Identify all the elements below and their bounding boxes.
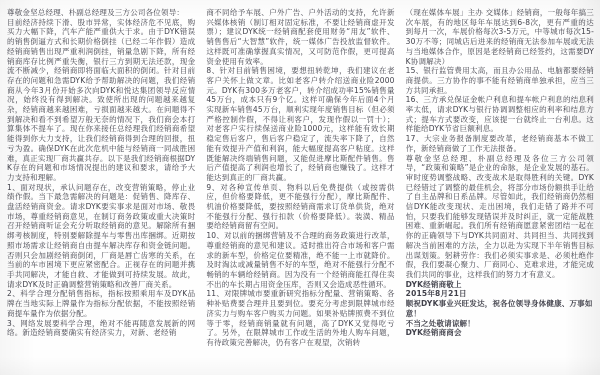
intro-paragraph: 目前经济持续下滑、股市异常，实体经济危不见底，购买力大幅下降，汽车产能严重供大于… — [7, 18, 195, 183]
item-3-continued: 商不同给予车展、户外广告、户外活动的支持，允许新兴媒体核销（制订相对固定标准，不… — [206, 8, 394, 66]
item-11-partial: 11、对限牌城市要重新研究指标分配量、营销策略、各种补贴费要合理并且要到位。要充… — [206, 289, 394, 347]
column-middle: 商不同给予车展、户外广告、户外活动的支持，允许新兴媒体核销（制订相对固定标准，不… — [206, 8, 394, 369]
date-line: 2015年8月21日 — [406, 289, 594, 299]
item-10: 10、对以前的捆绑营销及不合理的商务政策进行改革，尊重经销商的意见和建议。适时推… — [206, 231, 394, 289]
parenthetical-note: （现在媒体车展」主办 交媒体」经销商，一般每年搞三次车展，有的地区每年车展达到6… — [406, 8, 594, 66]
item-2: 2、科学合理分配销售指标，指标按照乘用车及DYK品牌在当地实际上牌量作为指标分配… — [7, 289, 195, 318]
letter-columns: 尊敬金坚总经理、朴副总经理及三方公司各位领导： 目前经济持续下滑、股市异常，实体… — [0, 0, 600, 375]
item-17: 17、大宗业务报备制度要改革，老经销商基本不做工作，新经销商做了工作无法报备。 — [406, 134, 594, 153]
signature-line: DYK经销商敬上 — [406, 280, 594, 290]
scanned-dealer-letter: 尊敬金坚总经理、朴副总经理及三方公司各位领导： 目前经济持续下滑、股市异常，实体… — [0, 0, 600, 375]
sender-line: DYK经销商商会 — [406, 328, 594, 338]
column-left: 尊敬金坚总经理、朴副总经理及三方公司各位领导： 目前经济持续下滑、股市异常，实体… — [7, 8, 195, 369]
column-right: （现在媒体车展」主办 交媒体」经销商，一般每年搞三次车展，有的地区每年车展达到6… — [406, 8, 594, 369]
item-8: 8、针对目前销售困境，要想扭转乾坤，我们建议在老客户关怀上做文章。比如老客户转介… — [206, 66, 394, 182]
item-15: 15、银行监管费用太高，而且办公用品、电脑都要经销商提供。三方协作的事不能有经销… — [406, 66, 594, 95]
closing-paragraph: 尊敬金坚总经理、朴副总经理及各位三方公司领导，“政策和策略”是企业的命脉，是企业… — [406, 154, 594, 280]
item-16: 16、三方承兑保证金帐户利息和提车帐户利息的结息利率太低，请求DYK与银行协调调… — [406, 95, 594, 134]
item-1: 1、面对现状，承认问题存在，改变营销策略，停止业绩作假。当下最急需解决的问题是：… — [7, 183, 195, 290]
salutation: 尊敬金坚总经理、朴副总经理及三方公司各位领导： — [7, 8, 195, 18]
item-3-partial: 3、网络发展要科学合理，绝对不能再随意发展新的网络。新造经销商要确实有经济实力，… — [7, 319, 195, 338]
well-wishes-line: 顺祝DYK事业兴旺发达，祝各位领导身体健康、万事如意！ — [406, 299, 594, 318]
item-9: 9、对各种宣传单页、物料以后免费提供（或按需供应，但价格要降低，更不能强行分配）… — [206, 183, 394, 232]
apology-line: 不当之处敬请谅解！ — [406, 319, 594, 329]
